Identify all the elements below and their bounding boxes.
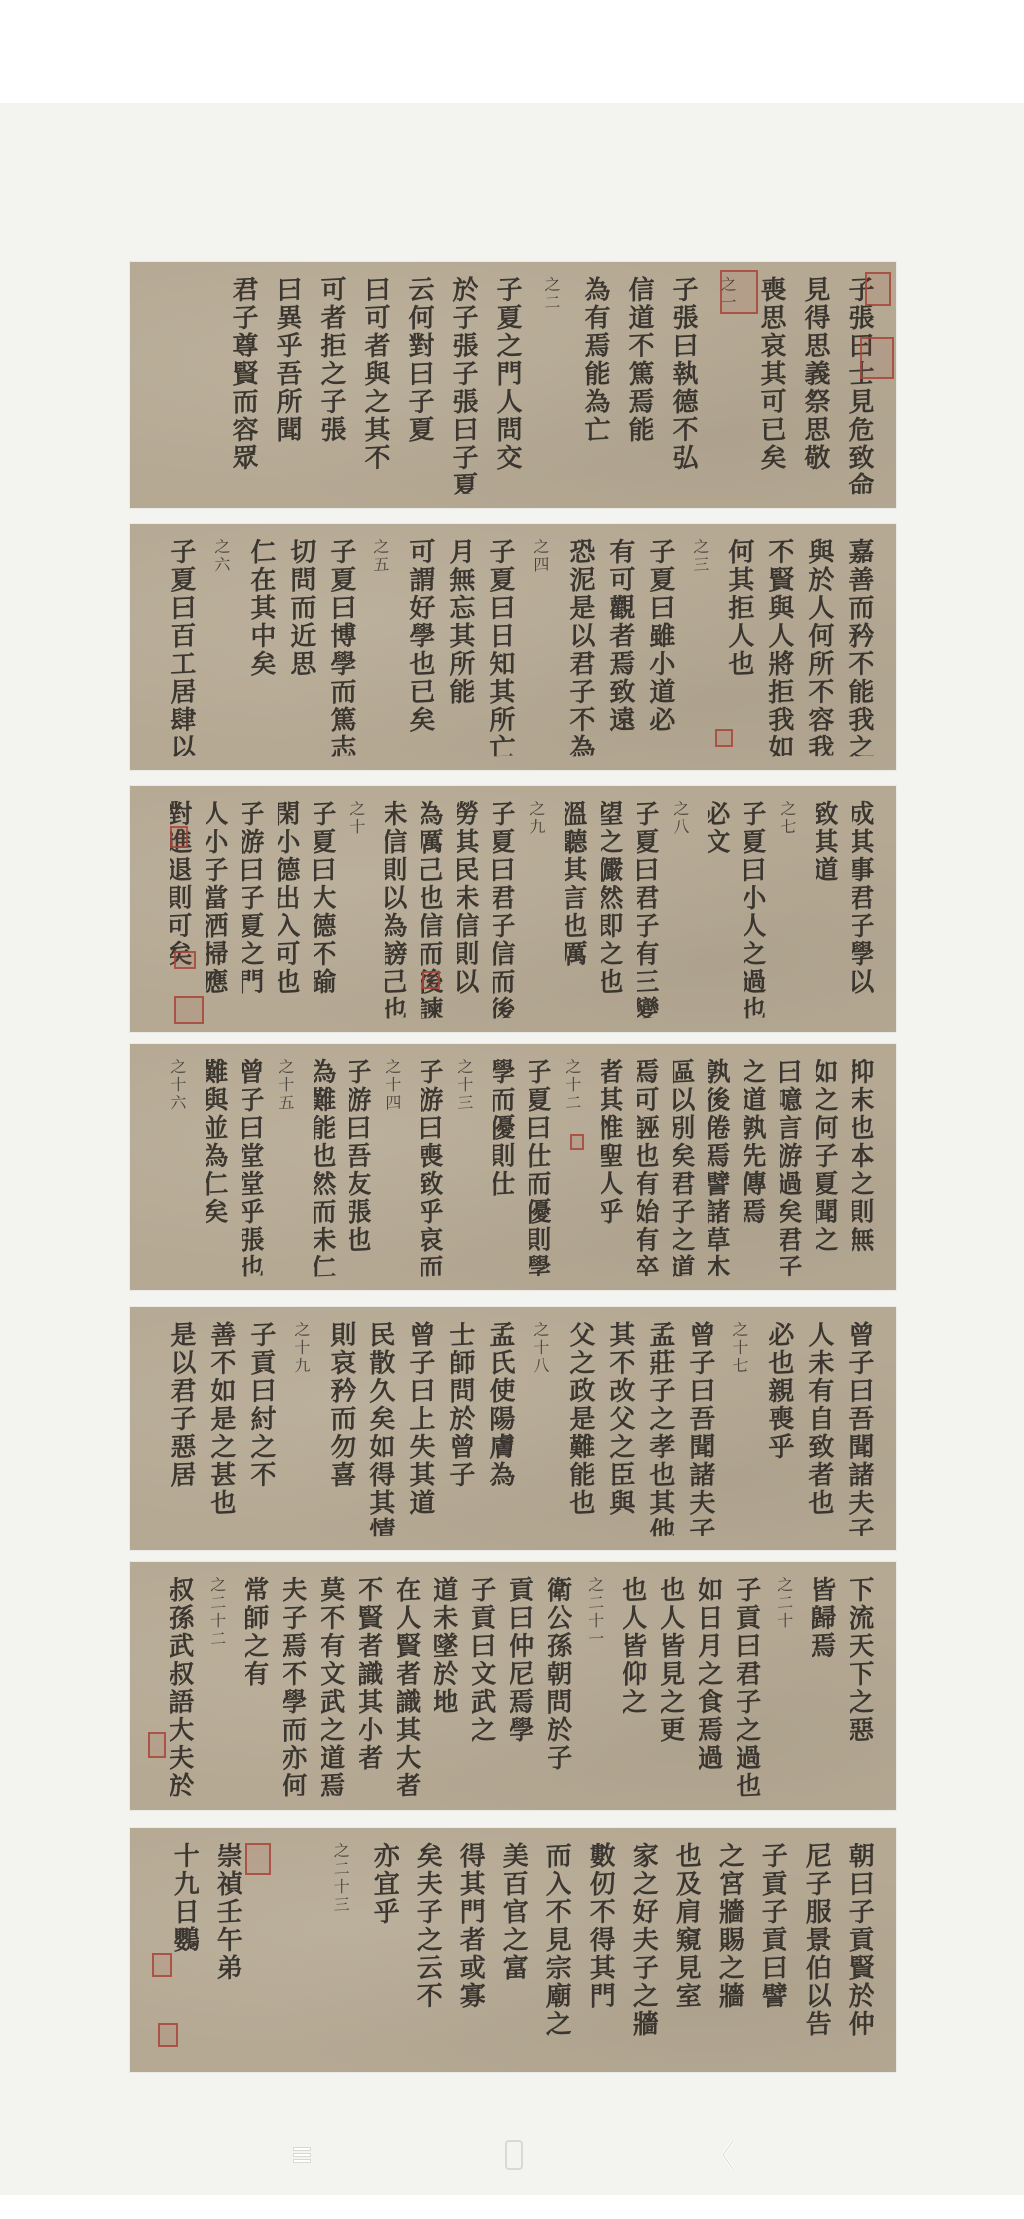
calligraphy-column: 曾子曰上失其道 bbox=[409, 1320, 435, 1536]
calligraphy-column: 崇禎壬午弟 bbox=[213, 1841, 242, 2059]
calligraphy-column: 子夏曰百工居肆以 bbox=[170, 537, 196, 756]
calligraphy-column: 切問而近思 bbox=[290, 537, 316, 756]
calligraphy-column: 之十七 bbox=[728, 1320, 754, 1536]
red-seal-stamp bbox=[570, 1134, 584, 1150]
text-columns: 朝曰子貢賢於仲尼子服景伯以告子貢子貢曰譬之宮牆賜之牆也及肩窺見室家之好夫子之牆數… bbox=[170, 1842, 874, 2058]
calligraphy-column: 子張曰執德不弘 bbox=[668, 275, 698, 495]
calligraphy-column: 學而優則仕 bbox=[493, 1057, 515, 1276]
calligraphy-column: 之十五 bbox=[278, 1057, 300, 1276]
scroll-section-6: 下流天下之惡皆歸焉之二十子貢曰君子之過也如日月之食焉過也人皆見之更也人皆仰之之二… bbox=[130, 1562, 896, 1810]
calligraphy-column: 是以君子惡居 bbox=[170, 1320, 196, 1536]
red-seal-stamp bbox=[158, 2023, 178, 2047]
red-seal-stamp bbox=[422, 971, 440, 989]
calligraphy-column: 之宮牆賜之牆 bbox=[715, 1841, 744, 2059]
calligraphy-column: 如日月之食焉過 bbox=[699, 1575, 723, 1796]
calligraphy-column: 莫不有文武之道焉 bbox=[321, 1575, 345, 1796]
calligraphy-column: 之十四 bbox=[385, 1057, 407, 1276]
calligraphy-column: 云何對曰子夏 bbox=[404, 275, 434, 495]
red-seal-stamp bbox=[720, 270, 758, 314]
calligraphy-column: 之十二 bbox=[565, 1057, 587, 1276]
calligraphy-column: 之四 bbox=[529, 537, 555, 756]
calligraphy-column: 曾子曰吾聞諸夫子 bbox=[689, 1320, 715, 1536]
calligraphy-column: 見得思義祭思敬 bbox=[800, 275, 830, 495]
calligraphy-column: 曰噫言游過矣君子 bbox=[780, 1057, 802, 1276]
calligraphy-column: 不賢者識其小者 bbox=[359, 1575, 383, 1796]
calligraphy-column: 亦宜乎 bbox=[370, 1841, 399, 2059]
back-button[interactable] bbox=[708, 2135, 748, 2175]
calligraphy-column: 之十六 bbox=[170, 1057, 192, 1276]
calligraphy-column: 數仞不得其門 bbox=[586, 1841, 615, 2059]
calligraphy-column: 則哀矜而勿喜 bbox=[330, 1320, 356, 1536]
calligraphy-column: 子夏曰大德不踰 bbox=[314, 799, 336, 1018]
calligraphy-column: 人小子當洒掃應 bbox=[206, 799, 228, 1018]
red-seal-stamp bbox=[174, 951, 196, 969]
calligraphy-column: 子貢曰君子之過也 bbox=[737, 1575, 761, 1796]
home-button[interactable] bbox=[494, 2135, 534, 2175]
calligraphy-column: 月無忘其所能 bbox=[449, 537, 475, 756]
calligraphy-column: 之二十二 bbox=[208, 1575, 232, 1796]
scroll-section-4: 抑末也本之則無如之何子夏聞之曰噫言游過矣君子之道孰先傳焉孰後倦焉譬諸草木區以別矣… bbox=[130, 1044, 896, 1290]
calligraphy-column: 難與並為仁矣 bbox=[206, 1057, 228, 1276]
calligraphy-column: 而入不見宗廟之 bbox=[542, 1841, 571, 2059]
home-rect-icon bbox=[505, 2140, 523, 2170]
calligraphy-column: 矣夫子之云不 bbox=[413, 1841, 442, 2059]
calligraphy-column: 孰後倦焉譬諸草木 bbox=[708, 1057, 730, 1276]
calligraphy-column: 子張曰士見危致命 bbox=[844, 275, 874, 495]
calligraphy-column: 必也親喪乎 bbox=[768, 1320, 794, 1536]
calligraphy-column: 之十八 bbox=[529, 1320, 555, 1536]
red-seal-stamp bbox=[865, 272, 891, 306]
calligraphy-column: 之十 bbox=[349, 799, 371, 1018]
calligraphy-column: 孟氏使陽膚為 bbox=[489, 1320, 515, 1536]
calligraphy-column: 常師之有 bbox=[245, 1575, 269, 1796]
calligraphy-column: 不賢與人將拒我如之 bbox=[768, 537, 794, 756]
calligraphy-column: 曾子曰堂堂乎張也 bbox=[242, 1057, 264, 1276]
calligraphy-column: 之六 bbox=[210, 537, 236, 756]
red-seal-stamp bbox=[174, 996, 204, 1024]
calligraphy-column: 民散久矣如得其情 bbox=[369, 1320, 395, 1536]
calligraphy-column: 父之政是難能也 bbox=[569, 1320, 595, 1536]
scroll-section-1: 子張曰士見危致命見得思義祭思敬喪思哀其可已矣之一子張曰執德不弘信道不篤焉能為有焉… bbox=[130, 262, 896, 508]
calligraphy-column: 溫聽其言也厲 bbox=[565, 799, 587, 1018]
calligraphy-column: 區以別矣君子之道 bbox=[673, 1057, 695, 1276]
calligraphy-column: 之五 bbox=[369, 537, 395, 756]
calligraphy-column: 美百官之富 bbox=[499, 1841, 528, 2059]
calligraphy-column: 喪思哀其可已矣 bbox=[756, 275, 786, 495]
calligraphy-column: 家之好夫子之牆 bbox=[629, 1841, 658, 2059]
calligraphy-column: 致其道 bbox=[816, 799, 838, 1018]
calligraphy-column: 仁在其中矣 bbox=[250, 537, 276, 756]
calligraphy-column: 如之何子夏聞之 bbox=[816, 1057, 838, 1276]
red-seal-stamp bbox=[245, 1843, 271, 1875]
calligraphy-column: 曰異乎吾所聞 bbox=[272, 275, 302, 495]
calligraphy-column: 叔孫武叔語大夫於 bbox=[170, 1575, 194, 1796]
calligraphy-column: 子貢子貢曰譬 bbox=[758, 1841, 787, 2059]
calligraphy-column: 貢曰仲尼焉學 bbox=[510, 1575, 534, 1796]
text-columns: 抑末也本之則無如之何子夏聞之曰噫言游過矣君子之道孰先傳焉孰後倦焉譬諸草木區以別矣… bbox=[170, 1058, 874, 1276]
calligraphy-column: 皆歸焉 bbox=[812, 1575, 836, 1796]
android-navigation-bar bbox=[0, 2115, 1024, 2195]
calligraphy-column: 朝曰子貢賢於仲 bbox=[845, 1841, 874, 2059]
calligraphy-column: 之道孰先傳焉 bbox=[744, 1057, 766, 1276]
chevron-left-icon bbox=[718, 2138, 738, 2172]
calligraphy-column: 曾子曰吾聞諸夫子 bbox=[848, 1320, 874, 1536]
calligraphy-column: 衛公孫朝問於子 bbox=[548, 1575, 572, 1796]
calligraphy-column: 之七 bbox=[780, 799, 802, 1018]
calligraphy-column: 未信則以為謗己也 bbox=[385, 799, 407, 1018]
calligraphy-column: 必文 bbox=[708, 799, 730, 1018]
calligraphy-column: 之十三 bbox=[457, 1057, 479, 1276]
calligraphy-column: 之二十一 bbox=[586, 1575, 610, 1796]
calligraphy-column: 孟莊子之孝也其他可能也 bbox=[649, 1320, 675, 1536]
calligraphy-column: 焉可誣也有始有卒 bbox=[637, 1057, 659, 1276]
calligraphy-column: 之二十 bbox=[775, 1575, 799, 1796]
calligraphy-column: 之八 bbox=[673, 799, 695, 1018]
calligraphy-column: 子貢曰文武之 bbox=[472, 1575, 496, 1796]
calligraphy-column: 可者拒之子張 bbox=[316, 275, 346, 495]
calligraphy-column: 其不改父之臣與 bbox=[609, 1320, 635, 1536]
calligraphy-column: 成其事君子學以 bbox=[852, 799, 874, 1018]
calligraphy-column: 子游曰子夏之門 bbox=[242, 799, 264, 1018]
text-columns: 子張曰士見危致命見得思義祭思敬喪思哀其可已矣之一子張曰執德不弘信道不篤焉能為有焉… bbox=[170, 276, 874, 494]
scroll-section-2: 嘉善而矜不能我之大賢與於人何所不容我之不賢與人將拒我如之何其拒人也之三子夏曰雖小… bbox=[130, 524, 896, 770]
calligraphy-column: 子貢曰紂之不 bbox=[250, 1320, 276, 1536]
calligraphy-column: 子夏曰博學而篤志 bbox=[330, 537, 356, 756]
text-columns: 嘉善而矜不能我之大賢與於人何所不容我之不賢與人將拒我如之何其拒人也之三子夏曰雖小… bbox=[170, 538, 874, 756]
scroll-section-7: 朝曰子貢賢於仲尼子服景伯以告子貢子貢曰譬之宮牆賜之牆也及肩窺見室家之好夫子之牆數… bbox=[130, 1828, 896, 2072]
calligraphy-column: 可謂好學也已矣 bbox=[409, 537, 435, 756]
calligraphy-column: 子夏曰小人之過也 bbox=[744, 799, 766, 1018]
text-columns: 下流天下之惡皆歸焉之二十子貢曰君子之過也如日月之食焉過也人皆見之更也人皆仰之之二… bbox=[170, 1576, 874, 1796]
calligraphy-column: 有可觀者焉致遠 bbox=[609, 537, 635, 756]
calligraphy-column: 也人皆仰之 bbox=[623, 1575, 647, 1796]
menu-lines-icon bbox=[294, 2144, 310, 2166]
calligraphy-column: 與於人何所不容我之 bbox=[808, 537, 834, 756]
calligraphy-column: 在人賢者識其大者 bbox=[397, 1575, 421, 1796]
calligraphy-column: 者其惟聖人乎 bbox=[601, 1057, 623, 1276]
calligraphy-column: 子游曰喪致乎哀而止 bbox=[421, 1057, 443, 1276]
calligraphy-column: 何其拒人也 bbox=[728, 537, 754, 756]
calligraphy-column: 士師問於曾子 bbox=[449, 1320, 475, 1536]
calligraphy-column: 嘉善而矜不能我之大賢 bbox=[848, 537, 874, 756]
calligraphy-column: 閑小德出入可也 bbox=[278, 799, 300, 1018]
calligraphy-column: 也人皆見之更 bbox=[661, 1575, 685, 1796]
calligraphy-column: 子夏曰君子信而後 bbox=[493, 799, 515, 1018]
calligraphy-column: 夫子焉不學而亦何 bbox=[283, 1575, 307, 1796]
calligraphy-column: 子夏曰仕而優則學 bbox=[529, 1057, 551, 1276]
red-seal-stamp bbox=[860, 337, 894, 379]
calligraphy-column: 之九 bbox=[529, 799, 551, 1018]
calligraphy-column: 下流天下之惡 bbox=[850, 1575, 874, 1796]
text-columns: 曾子曰吾聞諸夫子人未有自致者也必也親喪乎之十七曾子曰吾聞諸夫子孟莊子之孝也其他可… bbox=[170, 1321, 874, 1536]
red-seal-stamp bbox=[152, 1953, 172, 1977]
scroll-section-3: 成其事君子學以致其道之七子夏曰小人之過也必文之八子夏曰君子有三變望之儼然即之也溫… bbox=[130, 786, 896, 1032]
calligraphy-column: 為有焉能為亡 bbox=[580, 275, 610, 495]
red-seal-stamp bbox=[170, 826, 188, 848]
text-columns: 成其事君子學以致其道之七子夏曰小人之過也必文之八子夏曰君子有三變望之儼然即之也溫… bbox=[170, 800, 874, 1018]
calligraphy-column: 君子尊賢而容眾 bbox=[228, 275, 258, 495]
calligraphy-column: 子夏之門人問交 bbox=[492, 275, 522, 495]
calligraphy-column: 望之儼然即之也 bbox=[601, 799, 623, 1018]
calligraphy-column: 也及肩窺見室 bbox=[672, 1841, 701, 2059]
calligraphy-column: 之三 bbox=[689, 537, 715, 756]
scroll-section-5: 曾子曰吾聞諸夫子人未有自致者也必也親喪乎之十七曾子曰吾聞諸夫子孟莊子之孝也其他可… bbox=[130, 1307, 896, 1550]
calligraphy-column: 之二 bbox=[536, 275, 566, 495]
calligraphy-column: 為難能也然而未仁 bbox=[314, 1057, 336, 1276]
calligraphy-column: 尼子服景伯以告 bbox=[802, 1841, 831, 2059]
calligraphy-column: 於子張子張曰子夏 bbox=[448, 275, 478, 495]
calligraphy-column: 之十九 bbox=[290, 1320, 316, 1536]
calligraphy-column: 子夏曰君子有三變 bbox=[637, 799, 659, 1018]
red-seal-stamp bbox=[148, 1732, 166, 1758]
calligraphy-column: 之二十三 bbox=[326, 1841, 355, 2059]
calligraphy-column: 子夏曰雖小道必 bbox=[649, 537, 675, 756]
calligraphy-column: 道未墜於地 bbox=[434, 1575, 458, 1796]
calligraphy-column: 信道不篤焉能 bbox=[624, 275, 654, 495]
calligraphy-column: 人未有自致者也 bbox=[808, 1320, 834, 1536]
red-seal-stamp bbox=[715, 729, 733, 747]
calligraphy-column: 抑末也本之則無 bbox=[852, 1057, 874, 1276]
calligraphy-column: 得其門者或寡 bbox=[456, 1841, 485, 2059]
calligraphy-column: 子游曰吾友張也 bbox=[349, 1057, 371, 1276]
calligraphy-column: 善不如是之甚也 bbox=[210, 1320, 236, 1536]
calligraphy-column: 子夏曰日知其所亡 bbox=[489, 537, 515, 756]
calligraphy-column: 曰可者與之其不 bbox=[360, 275, 390, 495]
calligraphy-column: 恐泥是以君子不為也 bbox=[569, 537, 595, 756]
calligraphy-column: 勞其民未信則以 bbox=[457, 799, 479, 1018]
recent-apps-button[interactable] bbox=[282, 2135, 322, 2175]
